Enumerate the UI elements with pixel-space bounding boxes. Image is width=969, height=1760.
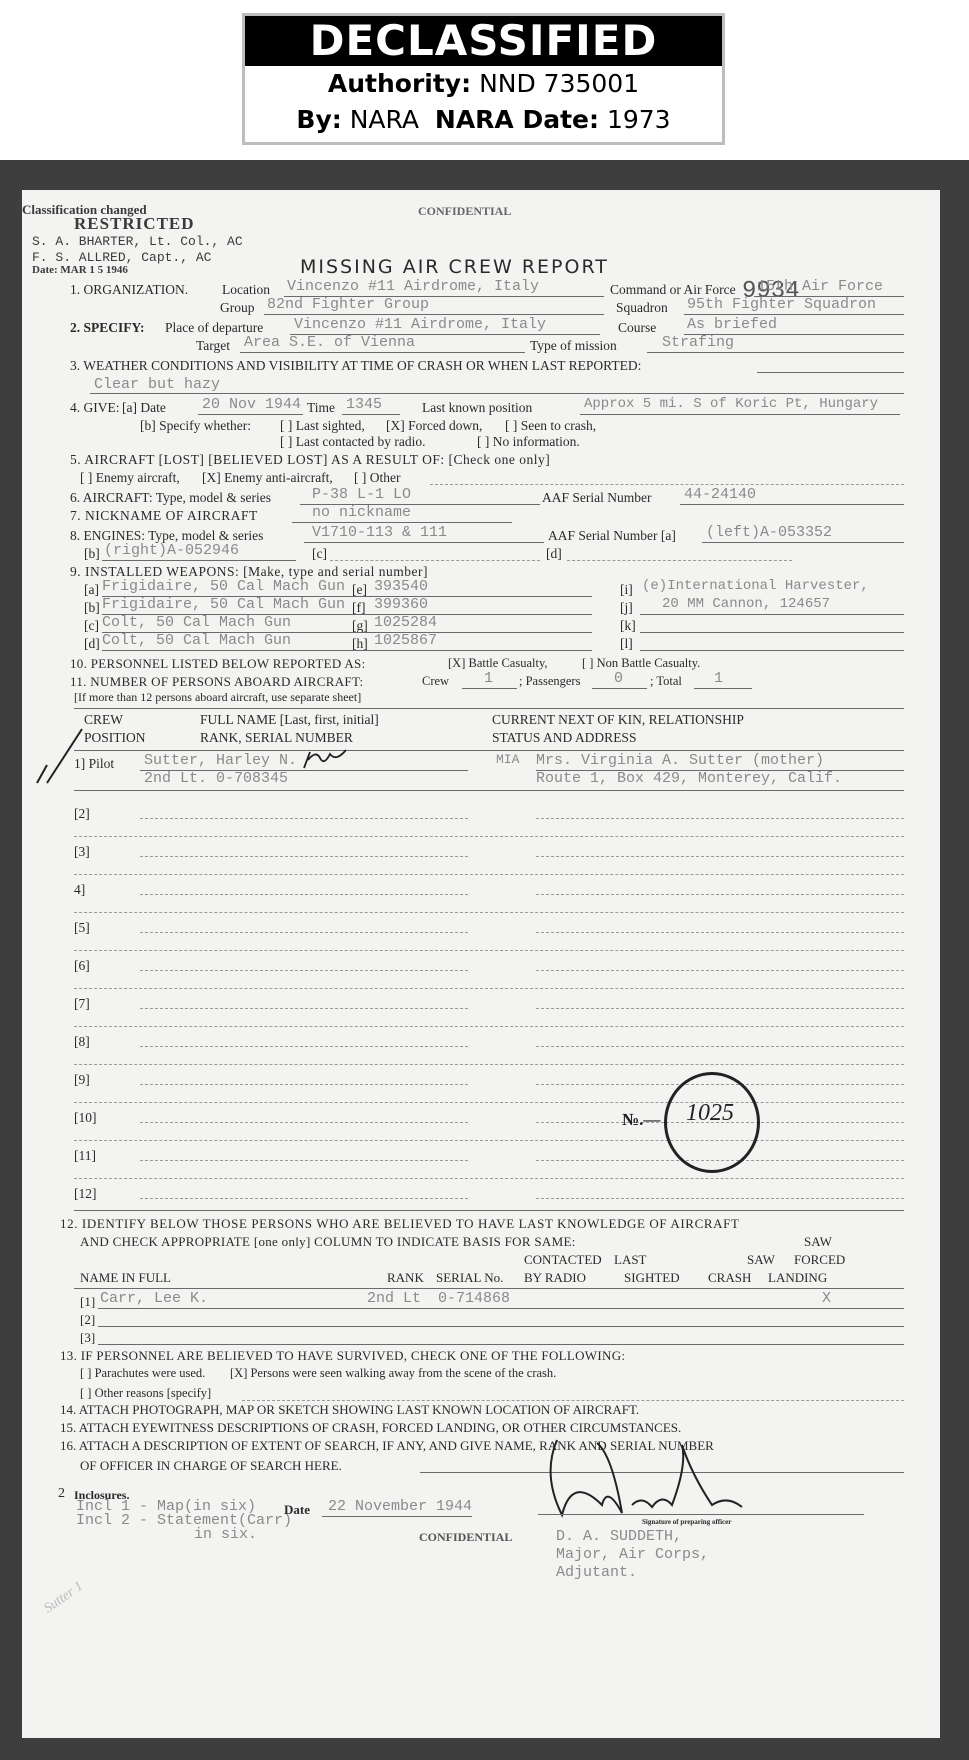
checkbox-seen-crash[interactable]: [ ] Seen to crash, [505, 418, 596, 434]
crew-row-number: [9] [74, 1072, 90, 1088]
crew-row-number: [8] [74, 1034, 90, 1050]
survived-label: 13. IF PERSONNEL ARE BELIEVED TO HAVE SU… [60, 1348, 625, 1364]
crew-address: Route 1, Box 429, Monterey, Calif. [536, 770, 842, 787]
squadron-value: 95th Fighter Squadron [687, 296, 876, 313]
nickname-value: no nickname [312, 504, 411, 521]
group-value: 82nd Fighter Group [267, 296, 429, 313]
file-number: 1025 [686, 1100, 734, 1127]
report-date-value: 22 November 1944 [328, 1498, 472, 1515]
weapon-extra-value: (e)International Harvester, [642, 578, 869, 594]
witness-name: Carr, Lee K. [100, 1290, 208, 1307]
date-value: 20 Nov 1944 [202, 396, 301, 413]
col-crash-2: CRASH [708, 1270, 751, 1286]
witness-row-number: [1] [80, 1294, 95, 1310]
crew-status: MIA [496, 752, 519, 767]
date-label: [a] Date [122, 400, 166, 416]
location-label: Location [222, 282, 270, 298]
weapon-slot: [b] [84, 600, 100, 616]
witness-saw-forced-landing-mark: X [822, 1290, 831, 1307]
col-next-of-kin-1: CURRENT NEXT OF KIN, RELATIONSHIP [492, 712, 744, 728]
nickname-label: 7. NICKNAME OF AIRCRAFT [70, 508, 258, 524]
personnel-reported-label: 10. PERSONNEL LISTED BELOW REPORTED AS: [70, 656, 365, 672]
col-full-name-1: FULL NAME [Last, first, initial] [200, 712, 379, 728]
checkbox-other-cause[interactable]: [ ] Other [354, 470, 400, 486]
weapon-extra-slot: [k] [620, 618, 636, 634]
persons-aboard-label: 11. NUMBER OF PERSONS ABOARD AIRCRAFT: [70, 674, 363, 690]
weapon-slot: [d] [84, 636, 100, 652]
col-forced-3: LANDING [768, 1270, 827, 1286]
checkbox-enemy-aircraft[interactable]: [ ] Enemy aircraft, [80, 470, 180, 486]
engine-serial-b: (right)A-052946 [104, 542, 239, 559]
mission-value: Strafing [662, 334, 734, 351]
col-serial: SERIAL No. [436, 1270, 503, 1286]
weapon-extra-slot: [j] [620, 600, 633, 616]
col-name-in-full: NAME IN FULL [80, 1270, 171, 1286]
col-crew-position-2: POSITION [84, 730, 146, 746]
position-label: Last known position [422, 400, 532, 416]
weapon-make: Frigidaire, 50 Cal Mach Gun [102, 596, 345, 613]
checkbox-walking-away[interactable]: [X] Persons were seen walking away from … [230, 1366, 556, 1381]
specify-whether-label: [b] Specify whether: [140, 418, 251, 434]
signature-icon [512, 1435, 772, 1525]
crew-row-number: [6] [74, 958, 90, 974]
weather-label: 3. WEATHER CONDITIONS AND VISIBILITY AT … [70, 358, 641, 374]
crew-row-number: [3] [74, 844, 90, 860]
file-number-prefix: №.— [622, 1110, 660, 1130]
group-label: Group [220, 300, 255, 316]
officer-name: D. A. SUDDETH, [556, 1528, 682, 1545]
time-value: 1345 [346, 396, 382, 413]
weapon-make: Colt, 50 Cal Mach Gun [102, 632, 291, 649]
engine-c-label: [c] [312, 546, 327, 562]
weapon-extra-slot: [i] [620, 582, 633, 598]
engine-serial-label: AAF Serial Number [a] [548, 528, 676, 544]
passengers-value: 0 [614, 670, 623, 687]
auth-line-2: F. S. ALLRED, Capt., AC [32, 250, 211, 265]
squadron-label: Squadron [616, 300, 668, 316]
crew-row-number: 1] Pilot [74, 756, 114, 772]
checkbox-forced-down[interactable]: [X] Forced down, [386, 418, 482, 434]
crew-row-number: [7] [74, 996, 90, 1012]
specify-label: 2. SPECIFY: [70, 320, 145, 336]
col-next-of-kin-2: STATUS AND ADDRESS [492, 730, 636, 746]
auth-line-1: S. A. BHARTER, Lt. Col., AC [32, 234, 243, 249]
check-mark-icon [32, 725, 92, 785]
engines-type-value: V1710-113 & 111 [312, 524, 447, 541]
crew-count-label: Crew [422, 674, 449, 689]
crew-row-number: [2] [74, 806, 90, 822]
weapon-serial: 1025284 [374, 614, 437, 631]
col-full-name-2: RANK, SERIAL NUMBER [200, 730, 353, 746]
total-label: ; Total [650, 674, 682, 689]
weapon-serial: 1025867 [374, 632, 437, 649]
weapon-extra-slot: [l] [620, 636, 633, 652]
give-label: 4. GIVE: [70, 400, 120, 416]
witness-row-number: [3] [80, 1330, 95, 1346]
location-value: Vincenzo #11 Airdrome, Italy [287, 278, 539, 295]
engine-d-label: [d] [546, 546, 562, 562]
aircraft-type-value: P-38 L-1 LO [312, 486, 411, 503]
inclosure-2-cont: in six. [194, 1526, 257, 1543]
departure-value: Vincenzo #11 Airdrome, Italy [294, 316, 546, 333]
command-value: 15th Air Force [757, 278, 883, 295]
total-value: 1 [714, 670, 723, 687]
checkbox-non-battle-casualty[interactable]: [ ] Non Battle Casualty. [582, 656, 700, 671]
aircraft-type-label: 6. AIRCRAFT: Type, model & series [70, 490, 271, 506]
attach-eyewitness-label: 15. ATTACH EYEWITNESS DESCRIPTIONS OF CR… [60, 1420, 681, 1436]
weapon-serial: 393540 [374, 578, 428, 595]
checkbox-last-sighted[interactable]: [ ] Last sighted, [280, 418, 365, 434]
last-knowledge-label-2: AND CHECK APPROPRIATE [one only] COLUMN … [80, 1234, 576, 1250]
signature-caption: Signature of preparing officer [642, 1518, 731, 1526]
col-radio-1: CONTACTED [524, 1252, 602, 1268]
report-page: Classification changed RESTRICTED S. A. … [22, 190, 940, 1738]
margin-note: Sutter 1 [41, 1579, 86, 1617]
confidential-bottom: CONFIDENTIAL [419, 1530, 512, 1545]
col-crash-1: SAW [747, 1252, 775, 1268]
officer-title: Adjutant. [556, 1564, 637, 1581]
col-sighted-2: SIGHTED [624, 1270, 680, 1286]
position-value: Approx 5 mi. S of Koric Pt, Hungary [584, 396, 878, 412]
attach-photo-label: 14. ATTACH PHOTOGRAPH, MAP OR SKETCH SHO… [60, 1402, 639, 1418]
time-label: Time [307, 400, 335, 416]
authority-line: Authority: NND 735001 [245, 66, 722, 102]
crew-next-of-kin: Mrs. Virginia A. Sutter (mother) [536, 752, 824, 769]
attach-search-label-2: OF OFFICER IN CHARGE OF SEARCH HERE. [80, 1458, 342, 1474]
officer-rank: Major, Air Corps, [556, 1546, 709, 1563]
witness-row-number: [2] [80, 1312, 95, 1328]
restricted-stamp: RESTRICTED [74, 214, 195, 234]
inclosures-count: 2 [58, 1486, 65, 1502]
checkbox-no-info[interactable]: [ ] No information. [477, 434, 580, 450]
crew-row-number: [10] [74, 1110, 97, 1126]
weather-value: Clear but hazy [94, 376, 220, 393]
checkbox-battle-casualty[interactable]: [X] Battle Casualty, [448, 656, 548, 671]
col-forced-2: FORCED [794, 1252, 845, 1268]
witness-serial: 0-714868 [438, 1290, 510, 1307]
scanned-document: Classification changed RESTRICTED S. A. … [0, 160, 969, 1760]
initials-icon [302, 748, 352, 770]
target-value: Area S.E. of Vienna [244, 334, 415, 351]
crew-row-number: [5] [74, 920, 90, 936]
cause-label: 5. AIRCRAFT [LOST] [BELIEVED LOST] AS A … [70, 452, 550, 468]
crew-rank-serial: 2nd Lt. 0-708345 [144, 770, 288, 787]
org-label: 1. ORGANIZATION. [70, 282, 188, 298]
report-date-label: Date [284, 1502, 310, 1518]
engine-serial-a: (left)A-053352 [706, 524, 832, 541]
aircraft-serial-label: AAF Serial Number [542, 490, 651, 506]
col-saw-forced-1: SAW [804, 1234, 832, 1250]
crew-count-value: 1 [484, 670, 493, 687]
col-radio-2: BY RADIO [524, 1270, 586, 1286]
weapon-serial: 399360 [374, 596, 428, 613]
confidential-top: CONFIDENTIAL [418, 204, 511, 219]
crew-row-number: [12] [74, 1186, 97, 1202]
col-rank: RANK [387, 1270, 424, 1286]
weapon-slot: [a] [84, 582, 99, 598]
course-value: As briefed [687, 316, 777, 333]
separate-sheet-note: [If more than 12 persons aboard aircraft… [74, 690, 361, 705]
nara-line: By: NARA NARA Date: 1973 [245, 102, 722, 138]
checkbox-other-reasons[interactable]: [ ] Other reasons [specify] [80, 1386, 211, 1401]
checkbox-enemy-aa[interactable]: [X] Enemy anti-aircraft, [202, 470, 333, 486]
weapon-extra-value: 20 MM Cannon, 124657 [662, 596, 830, 612]
target-label: Target [196, 338, 230, 354]
weapon-make: Frigidaire, 50 Cal Mach Gun [102, 578, 345, 595]
declassified-stamp: DECLASSIFIED Authority: NND 735001 By: N… [242, 13, 725, 145]
col-sighted-1: LAST [614, 1252, 647, 1268]
checkbox-last-radio[interactable]: [ ] Last contacted by radio. [280, 434, 425, 450]
form-title: MISSING AIR CREW REPORT [300, 256, 609, 278]
auth-line-3: Date: MAR 1 5 1946 [32, 264, 128, 276]
aircraft-serial-value: 44-24140 [684, 486, 756, 503]
engine-b-label: [b] [84, 546, 100, 562]
checkbox-parachutes[interactable]: [ ] Parachutes were used. [80, 1366, 205, 1381]
crew-row-number: [11] [74, 1148, 96, 1164]
last-knowledge-label-1: 12. IDENTIFY BELOW THOSE PERSONS WHO ARE… [60, 1216, 739, 1232]
passengers-label: ; Passengers [519, 674, 580, 689]
weapon-make: Colt, 50 Cal Mach Gun [102, 614, 291, 631]
course-label: Course [618, 320, 656, 336]
mission-label: Type of mission [530, 338, 617, 354]
witness-rank: 2nd Lt [367, 1290, 421, 1307]
inclosure-2: Incl 2 - Statement(Carr) [76, 1512, 292, 1529]
weapon-slot: [c] [84, 618, 99, 634]
crew-name: Sutter, Harley N. [144, 752, 297, 769]
crew-row-number: 4] [74, 882, 85, 898]
declassified-title: DECLASSIFIED [245, 16, 722, 66]
